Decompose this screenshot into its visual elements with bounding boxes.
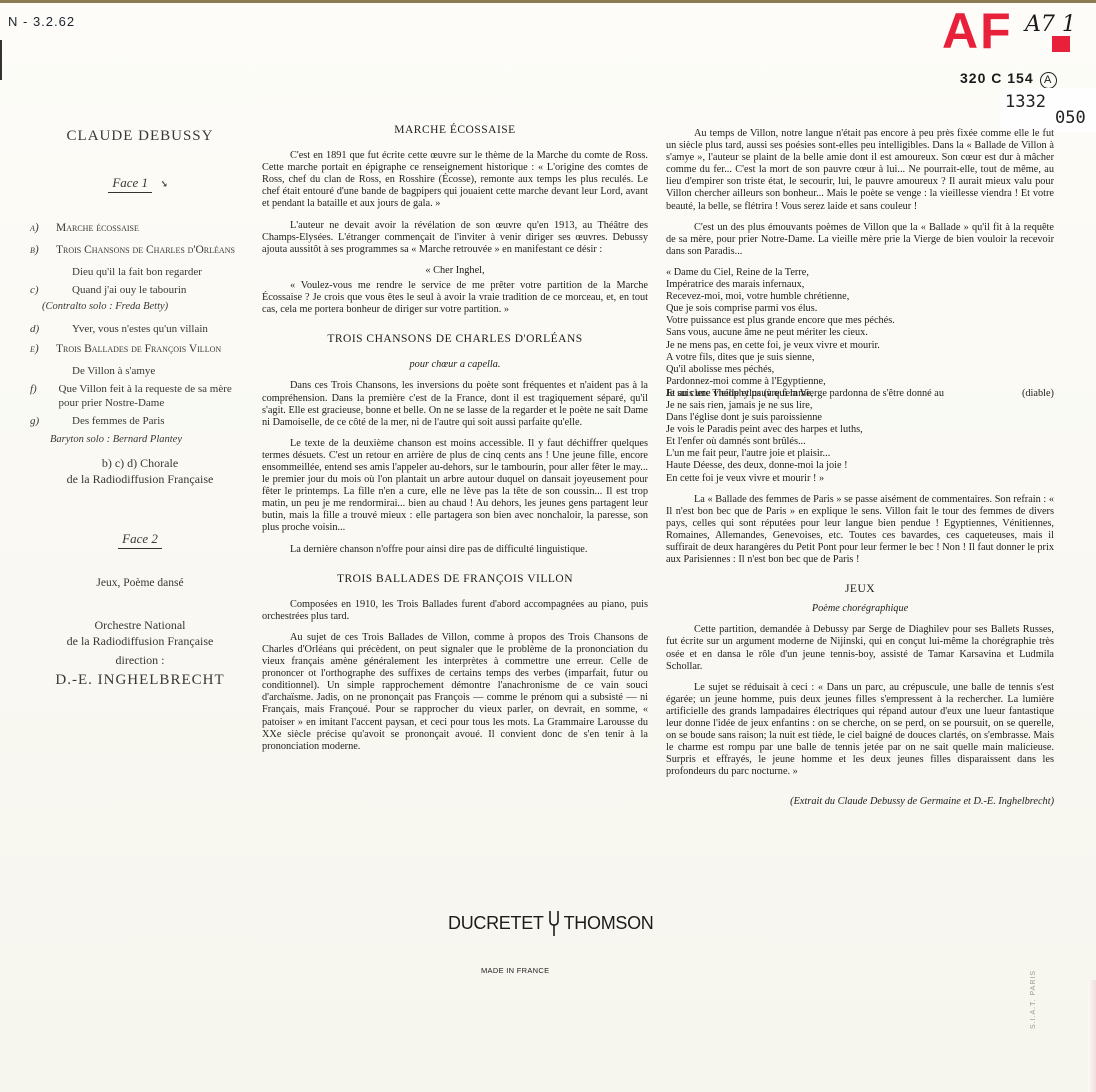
paragraph: Le texte de la deuxième chanson est moin…: [262, 438, 648, 535]
track-subitem: g)Des femmes de Paris: [30, 414, 250, 428]
track-item: a)Marche écossaise: [30, 221, 250, 235]
paragraph: C'est un des plus émouvants poèmes de Vi…: [666, 222, 1054, 258]
poem-line: Recevez-moi, moi, votre humble chrétienn…: [666, 291, 1054, 303]
handwritten-note: A7 1: [1025, 12, 1076, 37]
tracklist-column: CLAUDE DEBUSSY Face 1 ➘ a)Marche écossai…: [30, 128, 250, 689]
poem-line: Je vois le Paradis peint avec des harpes…: [666, 424, 1054, 436]
notes-column-middle: MARCHE ÉCOSSAISE C'est en 1891 que fut é…: [262, 124, 648, 762]
label-logo: DUCRETET THOMSON: [448, 910, 654, 936]
conductor-name: D.-E. INGHELBRECHT: [30, 672, 250, 689]
orchestra-name: Orchestre National: [30, 617, 250, 633]
composer-name: CLAUDE DEBUSSY: [30, 128, 250, 145]
track-subitem: f)Que Villon feit à la requeste de sa mè…: [30, 382, 250, 410]
poem-line: Et l'enfer où damnés sont brûlés...: [666, 436, 1054, 448]
brand-left: DUCRETET: [448, 913, 544, 934]
chorale-credit: b) c) d) Chorale: [30, 455, 250, 471]
letter-salutation: « Cher Inghel,: [262, 265, 648, 277]
pen-mark-icon: ➘: [155, 179, 171, 192]
paragraph: La « Ballade des femmes de Paris » se pa…: [666, 494, 1054, 567]
sticker-number-2: 050: [1055, 108, 1086, 128]
printer-credit: S.I.A.T. PARIS: [1030, 970, 1037, 1029]
sleeve-left-edge: [0, 40, 2, 80]
poem-line: En cette foi je veux vivre et mourir ! »: [666, 473, 1054, 485]
side-1-label: Face 1: [108, 175, 152, 193]
poem-overflow-word: (diable): [1022, 388, 1054, 400]
catalog-reference: N - 3.2.62: [8, 14, 75, 29]
side-2-label: Face 2: [118, 531, 162, 549]
paragraph: Dans ces Trois Chansons, les inversions …: [262, 380, 648, 428]
notes-column-right: Au temps de Villon, notre langue n'était…: [666, 128, 1054, 817]
side-2-heading: Face 2: [30, 531, 250, 547]
paragraph: La dernière chanson n'offre pour ainsi d…: [262, 544, 648, 556]
paragraph: Au temps de Villon, notre langue n'était…: [666, 128, 1054, 213]
side-1-heading: Face 1 ➘: [30, 175, 250, 191]
paragraph: C'est en 1891 que fut écrite cette œuvre…: [262, 150, 648, 210]
paragraph: Au sujet de ces Trois Ballades de Villon…: [262, 632, 648, 753]
sticker-number-1: 1332: [1005, 92, 1046, 112]
poem-line: A votre fils, dites que je suis sienne,: [666, 352, 1054, 364]
track-subitem: De Villon à s'amye: [30, 364, 250, 378]
poem-line: Qu'il abolisse mes péchés,: [666, 364, 1054, 376]
chorale-credit-line2: de la Radiodiffusion Française: [30, 471, 250, 487]
orchestra-name-line2: de la Radiodiffusion Française: [30, 633, 250, 649]
track-subitem: c)Quand j'ai ouy le tabourin: [30, 283, 250, 297]
red-stamp: AF: [942, 2, 1013, 60]
poem-line: L'un me fait peur, l'autre joie et plais…: [666, 448, 1054, 460]
poem-line: Impératrice des marais infernaux,: [666, 279, 1054, 291]
direction-label: direction :: [30, 653, 250, 668]
track-subitem: d)Yver, vous n'estes qu'un villain: [30, 322, 250, 336]
poem-line: Pardonnez-moi comme à l'Egyptienne,: [666, 376, 1054, 388]
poem-line: Votre puissance est plus grande encore q…: [666, 315, 1054, 327]
track-subitem: Dieu qu'il la fait bon regarder: [30, 265, 250, 279]
soloist-credit: (Contralto solo : Freda Betty): [30, 301, 250, 312]
circled-a-icon: A: [1040, 72, 1057, 89]
tuning-fork-icon: [547, 910, 561, 936]
poem-line: Sans vous, aucune âme ne peut mériter le…: [666, 327, 1054, 339]
section-heading: JEUX: [666, 583, 1054, 595]
side-2-track: Jeux, Poème dansé: [30, 577, 250, 589]
poem-line: Dans l'église dont je suis paroissienne: [666, 412, 1054, 424]
poem-line: Haute Déesse, des deux, donne-moi la joi…: [666, 460, 1054, 472]
brand-right: THOMSON: [564, 913, 654, 934]
poem-line: « Dame du Ciel, Reine de la Terre,: [666, 267, 1054, 279]
sleeve-top-edge: [0, 0, 1096, 3]
catalog-number-text: 320 C 154: [960, 70, 1034, 86]
paragraph: L'auteur ne devait avoir la révélation d…: [262, 220, 648, 256]
track-item: e)Trois Ballades de François Villon: [30, 342, 250, 356]
made-in-france: MADE IN FRANCE: [481, 966, 549, 975]
soloist-credit: Baryton solo : Bernard Plantey: [30, 434, 250, 445]
poem-line: Que je sois comprise parmi vos élus.: [666, 303, 1054, 315]
paragraph: Cette partition, demandée à Debussy par …: [666, 624, 1054, 672]
paragraph: Composées en 1910, les Trois Ballades fu…: [262, 599, 648, 623]
attribution: (Extrait du Claude Debussy de Germaine e…: [666, 796, 1054, 808]
section-heading: MARCHE ÉCOSSAISE: [262, 124, 648, 136]
sleeve-right-edge: [1088, 980, 1096, 1092]
section-subtitle: pour chœur a capella.: [262, 359, 648, 371]
red-stamp-mark: [1052, 36, 1070, 52]
catalog-number: 320 C 154A: [960, 70, 1057, 89]
section-subtitle: Poème chorégraphique: [666, 603, 1054, 615]
poem-line: Je ne mens pas, en cette foi, je veux vi…: [666, 340, 1054, 352]
track-item: b)Trois Chansons de Charles d'Orléans: [30, 243, 250, 257]
section-heading: TROIS CHANSONS DE CHARLES D'ORLÉANS: [262, 333, 648, 345]
section-heading: TROIS BALLADES DE FRANÇOIS VILLON: [262, 573, 648, 585]
paragraph: Le sujet se réduisait à ceci : « Dans un…: [666, 682, 1054, 779]
poem-line: Je ne sais rien, jamais je ne sus lire,: [666, 400, 1054, 412]
paragraph: « Voulez-vous me rendre le service de me…: [262, 280, 648, 316]
poem-quote: « Dame du Ciel, Reine de la Terre,Impéra…: [666, 267, 1054, 485]
